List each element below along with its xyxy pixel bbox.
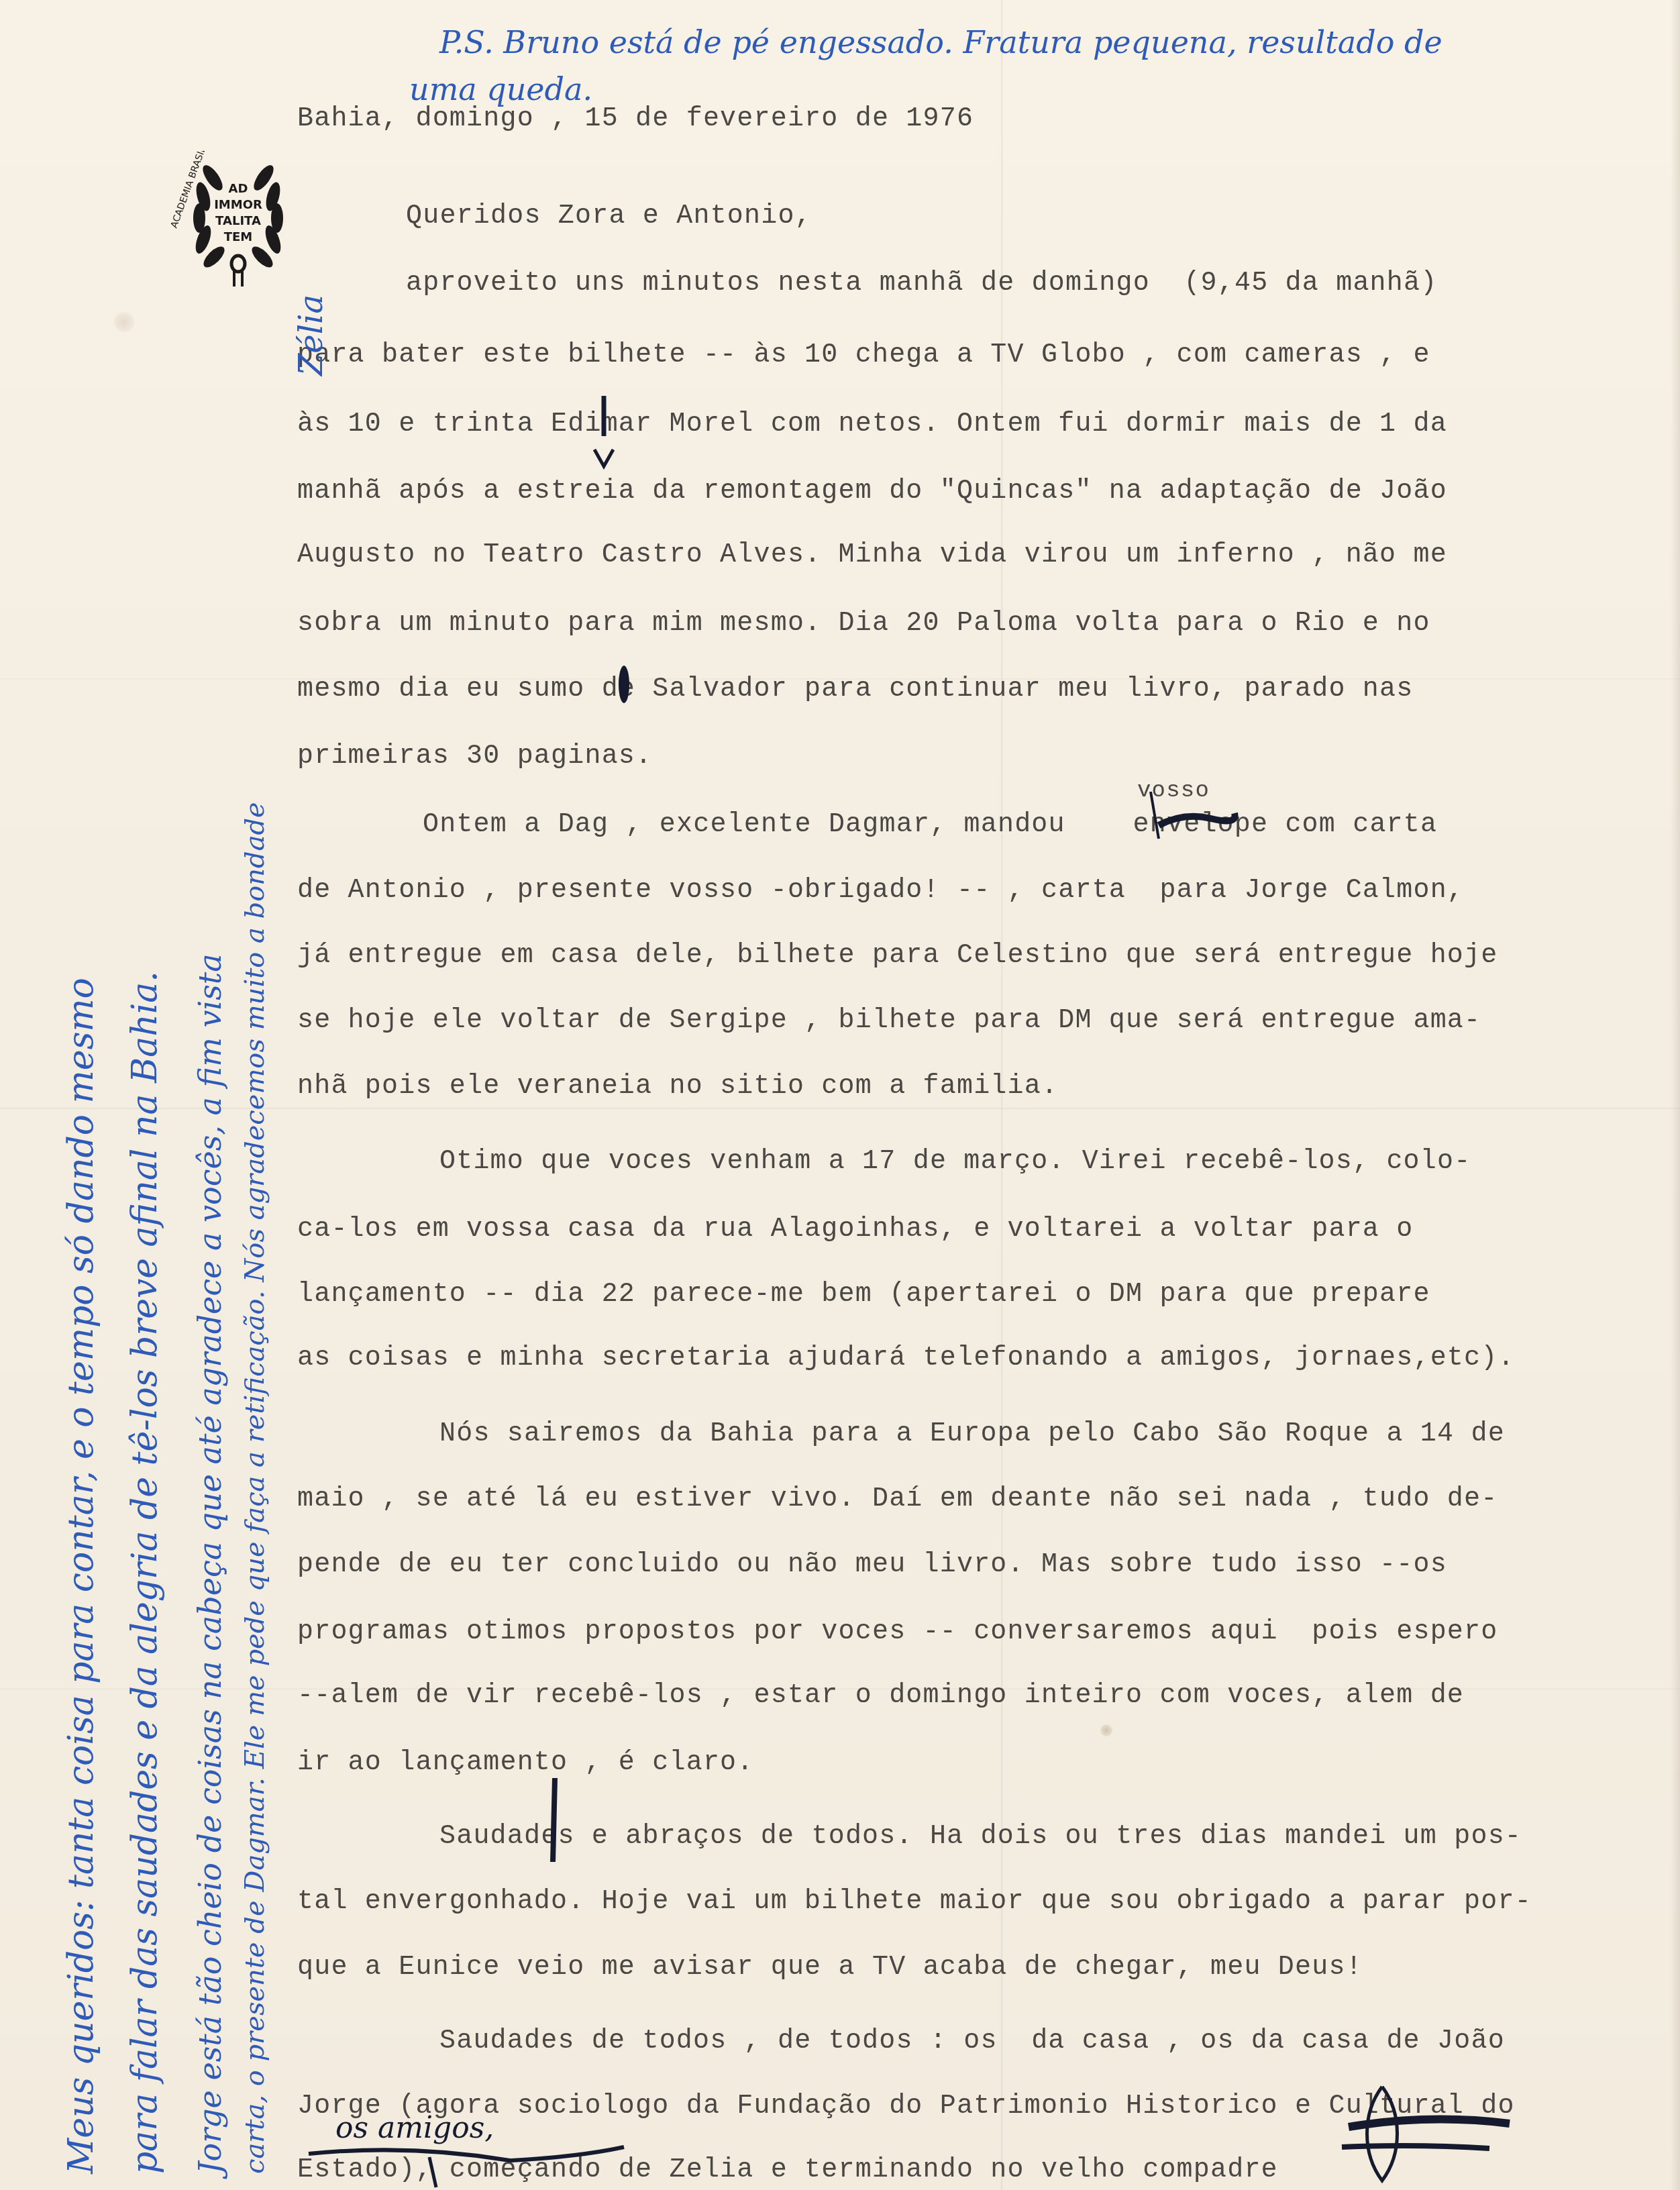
- body-line: já entregue em casa dele, bilhete para C…: [297, 943, 1498, 970]
- body-line: tal envergonhado. Hoje vai um bilhete ma…: [297, 1889, 1532, 1916]
- paper-edge: [1671, 0, 1680, 2190]
- margin-note-line-3: Jorge está tão cheio de coisas na cabeça…: [195, 953, 225, 2174]
- body-line: que a Eunice veio me avisar que a TV aca…: [297, 1954, 1363, 1981]
- body-line: Saudades e abraços de todos. Ha dois ou …: [439, 1824, 1522, 1850]
- body-line: Augusto no Teatro Castro Alves. Minha vi…: [297, 542, 1447, 569]
- insert-caret-mark: [309, 2127, 631, 2190]
- svg-text:IMMOR: IMMOR: [214, 198, 262, 212]
- body-line: lançamento -- dia 22 parece-me bem (aper…: [297, 1282, 1430, 1308]
- svg-text:TALITA: TALITA: [215, 214, 261, 228]
- body-line: Nós sairemos da Bahia para a Europa pelo…: [439, 1421, 1505, 1448]
- body-line: ca-los em vossa casa da rua Alagoinhas, …: [297, 1216, 1413, 1243]
- body-line: Ontem a Dag , excelente Dagmar, mandou e…: [423, 812, 1437, 839]
- academia-brasileira-emblem-icon: AD IMMOR TALITA TEM ACADEMIA BRASILEIRA: [171, 151, 305, 292]
- body-line: Saudades de todos , de todos : os da cas…: [439, 2028, 1505, 2055]
- margin-note-line-2: para falar das saudades e da alegria de …: [127, 971, 162, 2174]
- svg-text:TEM: TEM: [224, 230, 253, 244]
- body-line: se hoje ele voltar de Sergipe , bilhete …: [297, 1008, 1481, 1035]
- body-line: maio , se até lá eu estiver vivo. Daí em…: [297, 1486, 1498, 1513]
- body-line: primeiras 30 paginas.: [297, 743, 652, 770]
- svg-text:AD: AD: [229, 182, 248, 196]
- salutation: Queridos Zora e Antonio,: [406, 203, 812, 230]
- body-line: sobra um minuto para mim mesmo. Dia 20 P…: [297, 611, 1430, 637]
- caret-correction-mark: [590, 396, 617, 473]
- body-line: ir ao lançamento , é claro.: [297, 1750, 754, 1777]
- margin-note-signature-zelia: Zélia: [295, 295, 327, 376]
- postscript-line-2: uma queda.: [409, 74, 592, 105]
- margin-note-line-1: Meus queridos: tanta coisa para contar, …: [64, 978, 99, 2174]
- ink-correction-stroke: [545, 1778, 565, 1869]
- body-line: aproveito uns minutos nesta manhã de dom…: [406, 270, 1437, 297]
- body-line: as coisas e minha secretaria ajudará tel…: [297, 1345, 1515, 1372]
- body-line: pende de eu ter concluido ou não meu liv…: [297, 1552, 1447, 1579]
- body-line: manhã após a estreia da remontagem do "Q…: [297, 478, 1447, 505]
- body-line: programas otimos propostos por voces -- …: [297, 1619, 1498, 1646]
- margin-note-line-4: carta, o presente de Dagmar. Ele me pede…: [242, 802, 268, 2174]
- dateline: Bahia, domingo , 15 de fevereiro de 1976: [297, 106, 974, 133]
- paper-stain: [114, 312, 134, 332]
- paper-stain: [1100, 1724, 1112, 1736]
- body-line: mesmo dia eu sumo de Salvador para conti…: [297, 676, 1413, 703]
- body-line: às 10 e trinta Edimar Morel com netos. O…: [297, 411, 1447, 438]
- body-line: nhã pois ele veraneia no sitio com a fam…: [297, 1074, 1058, 1100]
- body-line: de Antonio , presente vosso -obrigado! -…: [297, 878, 1464, 904]
- body-line: para bater este bilhete -- às 10 chega a…: [297, 342, 1430, 369]
- body-line: Otimo que voces venham a 17 de março. Vi…: [439, 1149, 1471, 1176]
- signature-mark-icon: [1335, 2087, 1523, 2184]
- body-line: --alem de vir recebê-los , estar o domin…: [297, 1683, 1464, 1710]
- strikethrough-insert-mark: [1144, 792, 1238, 849]
- ink-blot-correction: [616, 664, 632, 708]
- postscript-line-1: P.S. Bruno está de pé engessado. Fratura…: [439, 27, 1442, 58]
